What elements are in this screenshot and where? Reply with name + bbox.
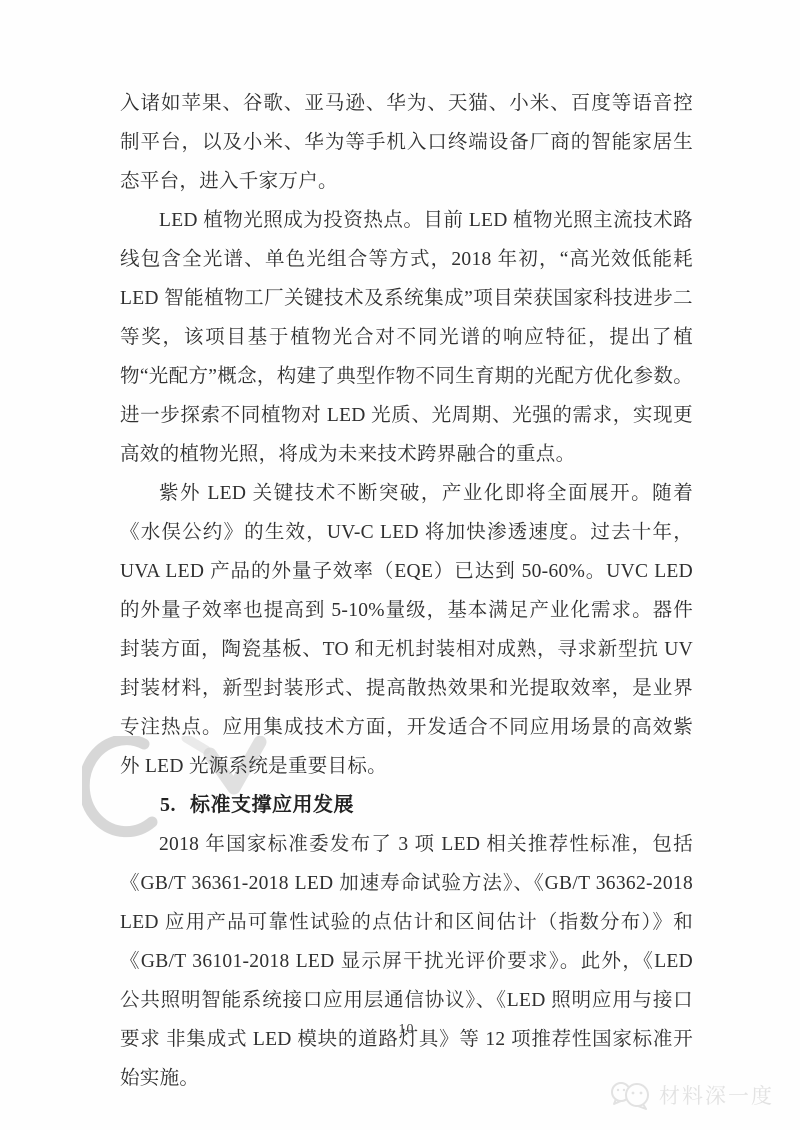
section-number: 5.: [160, 794, 176, 816]
paragraph: 入诸如苹果、谷歌、亚马逊、华为、天猫、小米、百度等语音控制平台，以及小米、华为等…: [120, 84, 693, 201]
paragraph: 2018 年国家标准委发布了 3 项 LED 相关推荐性标准，包括《GB/T 3…: [120, 825, 693, 1098]
paragraph: 紫外 LED 关键技术不断突破，产业化即将全面展开。随着《水俣公约》的生效，UV…: [120, 474, 693, 786]
page-content: 入诸如苹果、谷歌、亚马逊、华为、天猫、小米、百度等语音控制平台，以及小米、华为等…: [120, 84, 693, 1098]
brand-name: 材料深一度: [659, 1080, 774, 1110]
brand-watermark: 材料深一度: [609, 1080, 774, 1110]
page-number: 10: [120, 1022, 693, 1038]
section-title: 标准支撑应用发展: [190, 794, 354, 816]
section-heading: 5.标准支撑应用发展: [120, 786, 693, 825]
chat-bubbles-icon: [609, 1080, 653, 1110]
document-page: 入诸如苹果、谷歌、亚马逊、华为、天猫、小米、百度等语音控制平台，以及小米、华为等…: [0, 0, 800, 1130]
paragraph: LED 植物光照成为投资热点。目前 LED 植物光照主流技术路线包含全光谱、单色…: [120, 201, 693, 474]
